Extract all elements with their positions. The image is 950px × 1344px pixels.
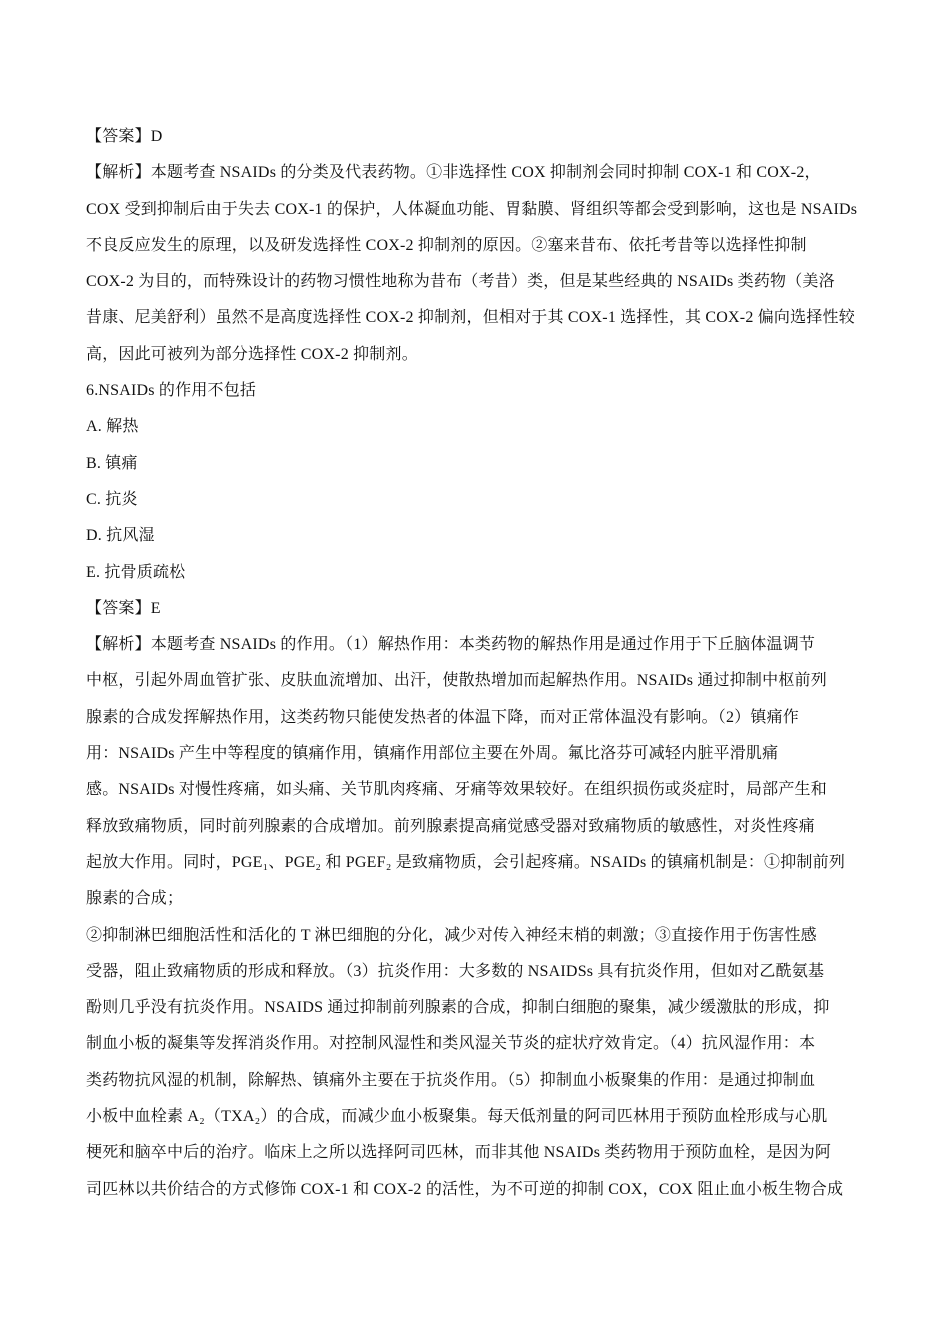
question6-explanation-line: 中枢，引起外周血管扩张、皮肤血流增加、出汗，使散热增加而起解热作用。NSAIDs… [86, 663, 910, 699]
prev-explanation-line: 昔康、尼美舒利）虽然不是高度选择性 COX-2 抑制剂，但相对于其 COX-1 … [86, 300, 910, 336]
question6-explanation-line: 小板中血栓素 A₂（TXA₂）的合成，而减少血小板聚集。每天低剂量的阿司匹林用于… [86, 1099, 910, 1135]
question6-option-a: A. 解热 [86, 409, 910, 445]
prev-answer-line: 【答案】D [86, 119, 910, 155]
question6-explanation-line: 【解析】本题考查 NSAIDs 的作用。（1）解热作用：本类药物的解热作用是通过… [86, 627, 910, 663]
question6-explanation-line: 腺素的合成； [86, 881, 910, 917]
question6-option-d: D. 抗风湿 [86, 518, 910, 554]
question6-explanation-line: 感。NSAIDs 对慢性疼痛，如头痛、关节肌肉疼痛、牙痛等效果较好。在组织损伤或… [86, 772, 910, 808]
question6-explanation-line: 梗死和脑卒中后的治疗。临床上之所以选择阿司匹林，而非其他 NSAIDs 类药物用… [86, 1135, 910, 1171]
question6-explanation-line: 释放致痛物质，同时前列腺素的合成增加。前列腺素提高痛觉感受器对致痛物质的敏感性，… [86, 809, 910, 845]
question6-explanation-line: 用：NSAIDs 产生中等程度的镇痛作用，镇痛作用部位主要在外周。氟比洛芬可减轻… [86, 736, 910, 772]
question6-option-c: C. 抗炎 [86, 482, 910, 518]
question6-explanation-line: 制血小板的凝集等发挥消炎作用。对控制风湿性和类风湿关节炎的症状疗效肯定。（4）抗… [86, 1026, 910, 1062]
prev-explanation-line: COX-2 为目的，而特殊设计的药物习惯性地称为昔布（考昔）类，但是某些经典的 … [86, 264, 910, 300]
prev-explanation-line: COX 受到抑制后由于失去 COX-1 的保护，人体凝血功能、胃黏膜、肾组织等都… [86, 192, 910, 228]
question6-answer-line: 【答案】E [86, 591, 910, 627]
document-page: 【答案】D 【解析】本题考查 NSAIDs 的分类及代表药物。①非选择性 COX… [0, 0, 950, 1344]
question6-explanation-line: 起放大作用。同时，PGE₁、PGE₂ 和 PGEF₂ 是致痛物质，会引起疼痛。N… [86, 845, 910, 881]
question6-option-e: E. 抗骨质疏松 [86, 555, 910, 591]
question6-explanation-line: 酚则几乎没有抗炎作用。NSAIDS 通过抑制前列腺素的合成，抑制白细胞的聚集，减… [86, 990, 910, 1026]
prev-explanation-line: 【解析】本题考查 NSAIDs 的分类及代表药物。①非选择性 COX 抑制剂会同… [86, 155, 910, 191]
question6-explanation-line: 类药物抗风湿的机制，除解热、镇痛外主要在于抗炎作用。（5）抑制血小板聚集的作用：… [86, 1063, 910, 1099]
question6-explanation-line: ②抑制淋巴细胞活性和活化的 T 淋巴细胞的分化，减少对传入神经末梢的刺激；③直接… [86, 918, 910, 954]
question6-option-b: B. 镇痛 [86, 446, 910, 482]
question6-explanation-line: 腺素的合成发挥解热作用，这类药物只能使发热者的体温下降，而对正常体温没有影响。（… [86, 700, 910, 736]
document-text: 【答案】D 【解析】本题考查 NSAIDs 的分类及代表药物。①非选择性 COX… [86, 119, 910, 1208]
question6-stem: 6.NSAIDs 的作用不包括 [86, 373, 910, 409]
question6-explanation-line: 受器，阻止致痛物质的形成和释放。（3）抗炎作用：大多数的 NSAIDSs 具有抗… [86, 954, 910, 990]
prev-explanation-line: 高，因此可被列为部分选择性 COX-2 抑制剂。 [86, 337, 910, 373]
question6-explanation-line: 司匹林以共价结合的方式修饰 COX-1 和 COX-2 的活性，为不可逆的抑制 … [86, 1172, 910, 1208]
prev-explanation-line: 不良反应发生的原理，以及研发选择性 COX-2 抑制剂的原因。②塞来昔布、依托考… [86, 228, 910, 264]
